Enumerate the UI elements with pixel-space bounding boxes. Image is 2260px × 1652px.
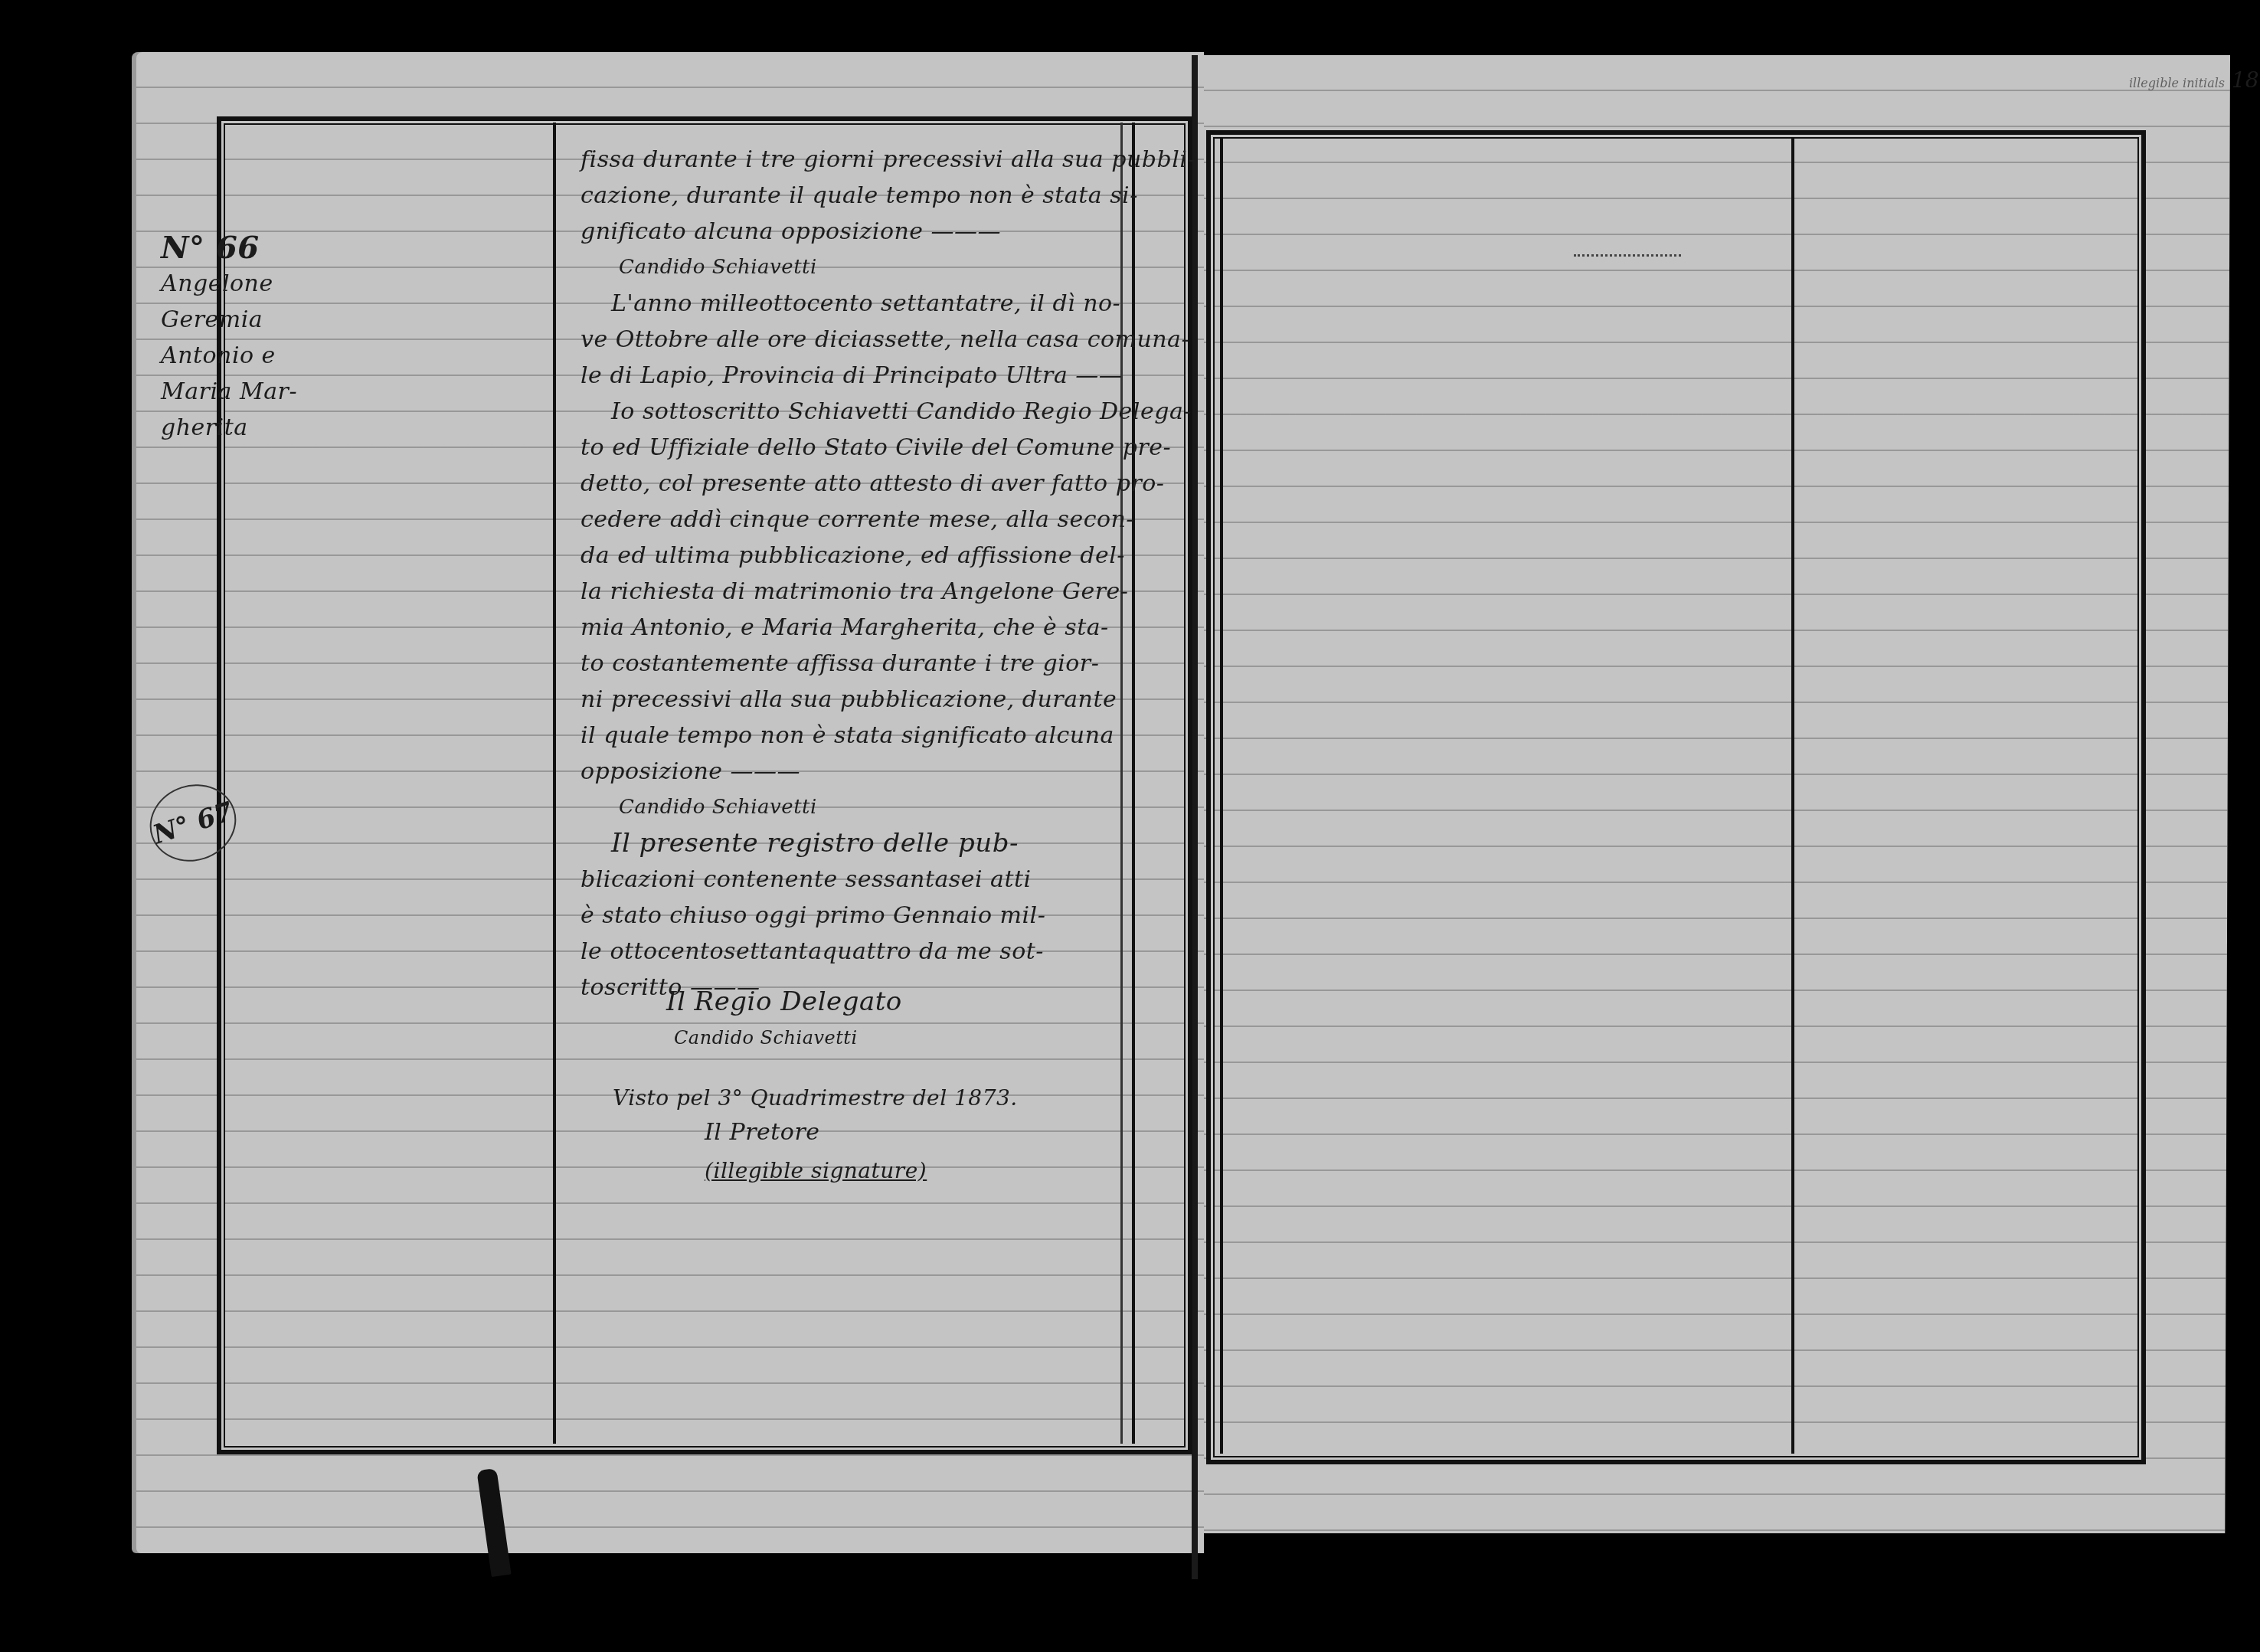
body-line: ve Ottobre alle ore diciassette, nella c… [581, 322, 1132, 358]
right-page-left-rule [1220, 138, 1223, 1454]
left-column-divider [553, 123, 556, 1444]
body-line: gnificato alcuna opposizione ——— [581, 214, 1132, 250]
body-line: to costantemente affissa durante i tre g… [581, 646, 1132, 682]
body-line: le di Lapio, Provincia di Principato Ult… [581, 358, 1132, 394]
closing-signature: Il Regio Delegato Candido Schiavetti [666, 984, 902, 1056]
margin-entry-66: N° 66 Angelone Geremia Antonio e Maria M… [161, 230, 297, 446]
folio-annotation: illegible initials [2129, 76, 2225, 90]
ink-speckle [1574, 254, 1681, 261]
entry-name-line: Geremia [161, 302, 297, 338]
body-line: è stato chiuso oggi primo Gennaio mil- [581, 898, 1132, 934]
entry-number: N° 66 [161, 230, 297, 266]
body-line: detto, col presente atto attesto di aver… [581, 466, 1132, 502]
body-line: le ottocentosettantaquattro da me sot- [581, 934, 1132, 970]
endorsement-role: Il Pretore [705, 1114, 819, 1150]
entry-number: N° 67 [149, 796, 237, 850]
body-line: Io sottoscritto Schiavetti Candido Regio… [581, 394, 1132, 430]
register-body-text: fissa durante i tre giorni precessivi al… [581, 142, 1132, 1006]
body-line: il quale tempo non è stata significato a… [581, 718, 1132, 754]
entry-name-line: Angelone [161, 266, 297, 302]
body-line: blicazioni contenente sessantasei atti [581, 862, 1132, 898]
body-line: mia Antonio, e Maria Margherita, che è s… [581, 610, 1132, 646]
entry-name-line: gherita [161, 410, 297, 446]
endorsement-signature: (illegible signature) [705, 1153, 927, 1189]
body-line: fissa durante i tre giorni precessivi al… [581, 142, 1132, 178]
folio-number-value: 18 [2232, 67, 2259, 93]
body-line: opposizione ——— [581, 754, 1132, 790]
body-line: cedere addì cinque corrente mese, alla s… [581, 502, 1132, 538]
body-line: L'anno milleottocento settantatre, il dì… [581, 286, 1132, 322]
signatory-name: Candido Schiavetti [666, 1020, 902, 1056]
endorsement-text: Visto pel 3° Quadrimestre del 1873. [613, 1080, 1018, 1116]
right-page-frame [1206, 130, 2146, 1464]
body-line: Il presente registro delle pub- [581, 826, 1132, 862]
body-line: cazione, durante il quale tempo non è st… [581, 178, 1132, 214]
entry-name-line: Maria Mar- [161, 374, 297, 410]
right-column-divider [1132, 123, 1135, 1444]
signature-line: Candido Schiavetti [581, 250, 1132, 286]
right-page-column-divider [1791, 138, 1794, 1454]
entry-name-line: Antonio e [161, 338, 297, 374]
signatory-title: Il Regio Delegato [666, 984, 902, 1020]
book-spine [1192, 55, 1198, 1579]
body-line: da ed ultima pubblicazione, ed affission… [581, 538, 1132, 574]
folio-number: illegible initials 18 [2129, 67, 2259, 93]
body-line: ni precessivi alla sua pubblicazione, du… [581, 682, 1132, 718]
body-line: la richiesta di matrimonio tra Angelone … [581, 574, 1132, 610]
signature-line: Candido Schiavetti [581, 790, 1132, 826]
body-line: to ed Uffiziale dello Stato Civile del C… [581, 430, 1132, 466]
